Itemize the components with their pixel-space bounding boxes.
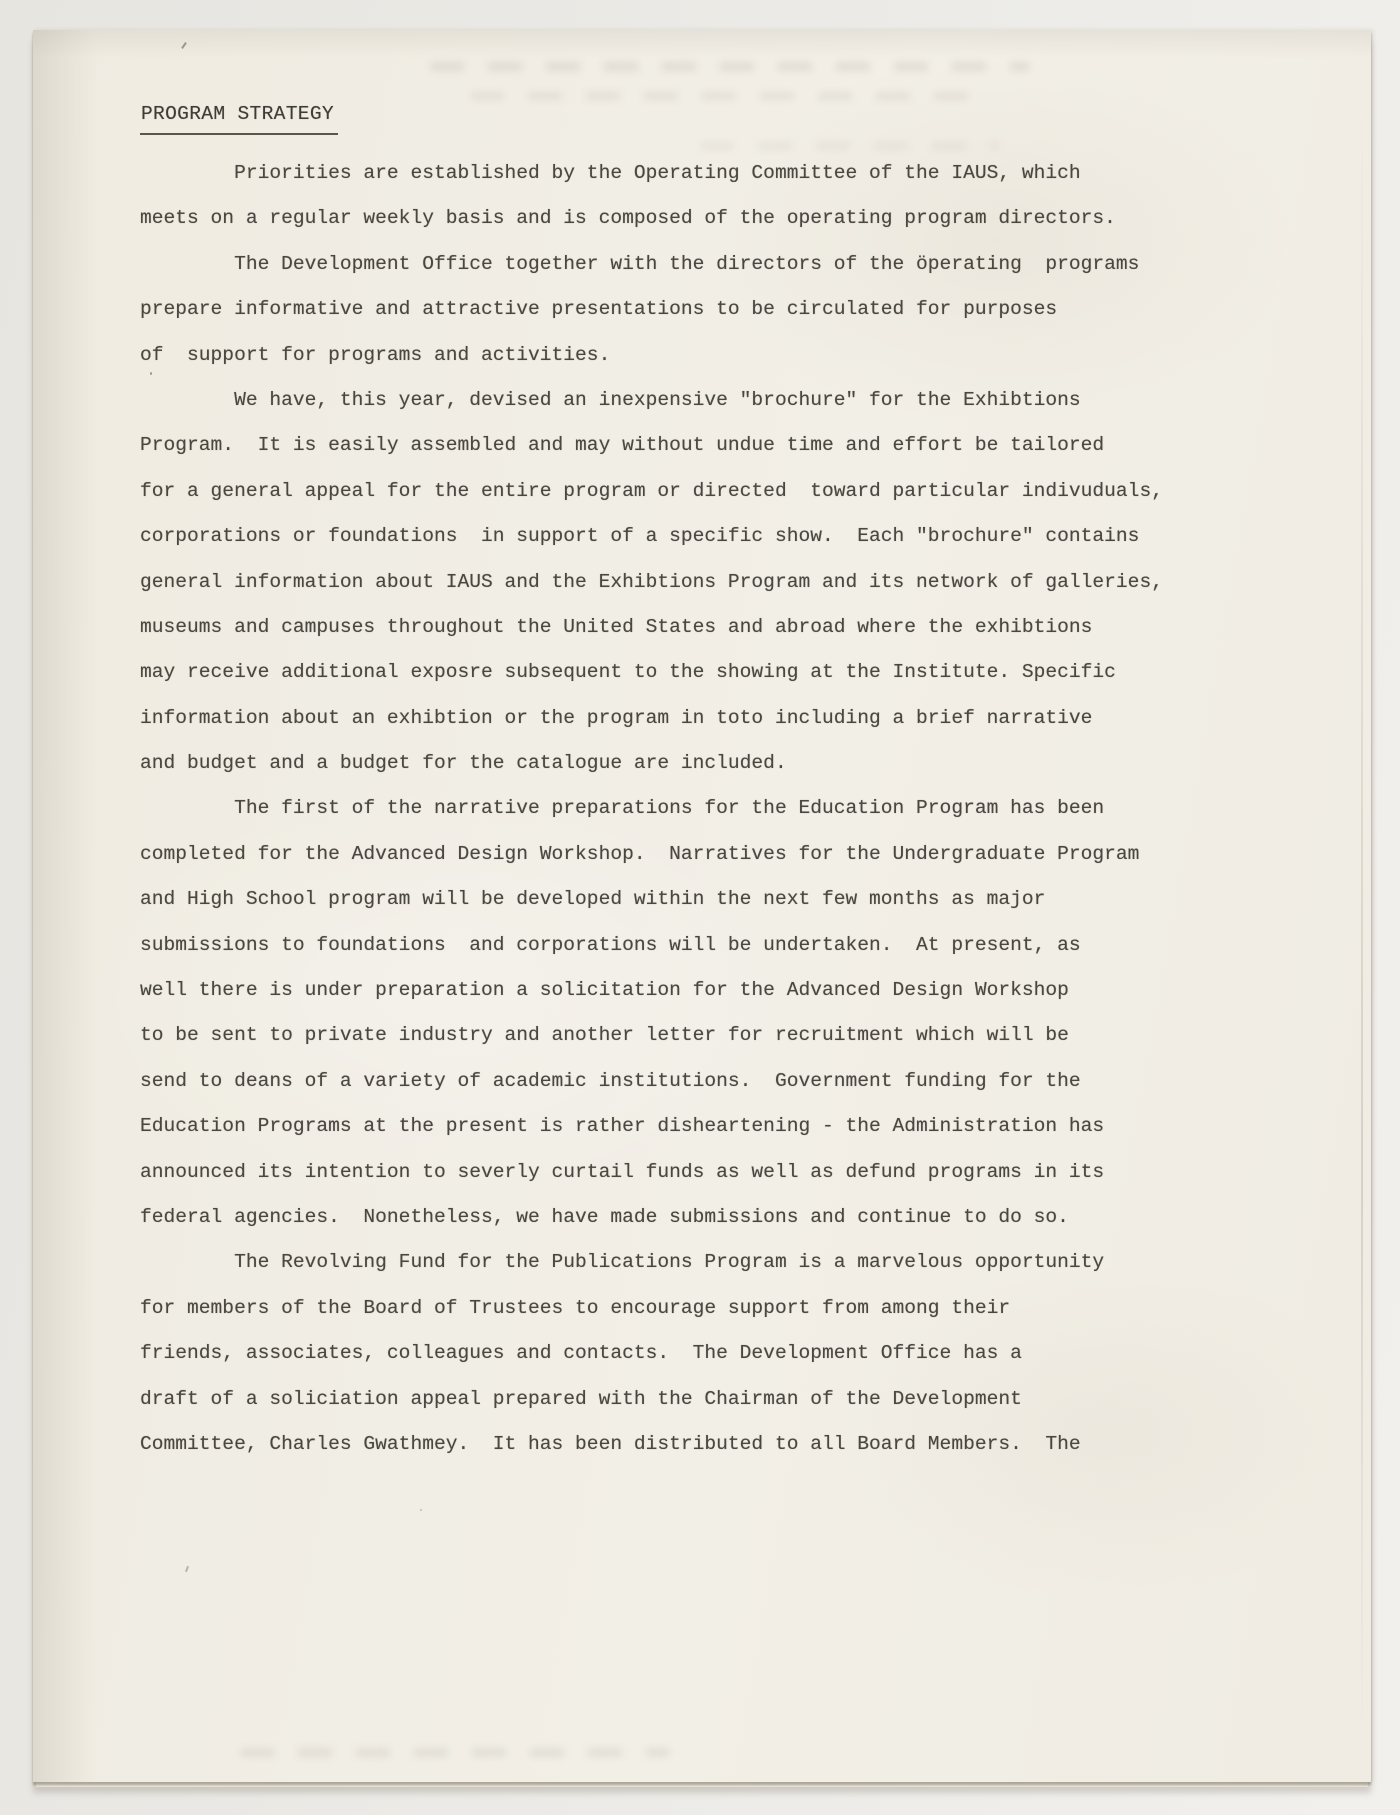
text-line: well there is under preparation a solici…	[140, 968, 1280, 1013]
text-line: meets on a regular weekly basis and is c…	[140, 196, 1280, 241]
text-line: friends, associates, colleagues and cont…	[140, 1331, 1280, 1376]
text-line: federal agencies. Nonetheless, we have m…	[140, 1195, 1280, 1240]
text-line: may receive additional exposre subsequen…	[140, 650, 1280, 695]
text-line: corporations or foundations in support o…	[140, 514, 1280, 559]
text-line: completed for the Advanced Design Worksh…	[140, 832, 1280, 877]
text-line: send to deans of a variety of academic i…	[140, 1059, 1280, 1104]
text-line: The Revolving Fund for the Publications …	[140, 1240, 1280, 1285]
text-block: Priorities are established by the Operat…	[140, 151, 1280, 1467]
text-line: The Development Office together with the…	[140, 242, 1280, 287]
text-line: Education Programs at the present is rat…	[140, 1104, 1280, 1149]
text-line: and High School program will be develope…	[140, 877, 1280, 922]
text-line: general information about IAUS and the E…	[140, 560, 1280, 605]
text-line: and budget and a budget for the catalogu…	[140, 741, 1280, 786]
text-line: for members of the Board of Trustees to …	[140, 1286, 1280, 1331]
paper-edge-seam	[1361, 90, 1363, 1742]
text-line: of support for programs and activities.	[140, 333, 1280, 378]
page-title: PROGRAM STRATEGY	[140, 102, 338, 135]
document-content: PROGRAM STRATEGY Priorities are establis…	[140, 102, 1280, 1467]
text-line: for a general appeal for the entire prog…	[140, 469, 1280, 514]
text-line: We have, this year, devised an inexpensi…	[140, 378, 1280, 423]
text-line: submissions to foundations and corporati…	[140, 923, 1280, 968]
text-line: draft of a soliciation appeal prepared w…	[140, 1377, 1280, 1422]
scan-background: { "style": { "background_color": "#ebe9e…	[0, 0, 1400, 1815]
text-line: prepare informative and attractive prese…	[140, 287, 1280, 332]
text-line: to be sent to private industry and anoth…	[140, 1013, 1280, 1058]
paper-page: PROGRAM STRATEGY Priorities are establis…	[33, 30, 1371, 1782]
text-line: museums and campuses throughout the Unit…	[140, 605, 1280, 650]
text-line: Priorities are established by the Operat…	[140, 151, 1280, 196]
text-line: information about an exhibtion or the pr…	[140, 696, 1280, 741]
text-line: The first of the narrative preparations …	[140, 786, 1280, 831]
text-line: Committee, Charles Gwathmey. It has been…	[140, 1422, 1280, 1467]
text-line: Program. It is easily assembled and may …	[140, 423, 1280, 468]
text-line: announced its intention to severly curta…	[140, 1150, 1280, 1195]
